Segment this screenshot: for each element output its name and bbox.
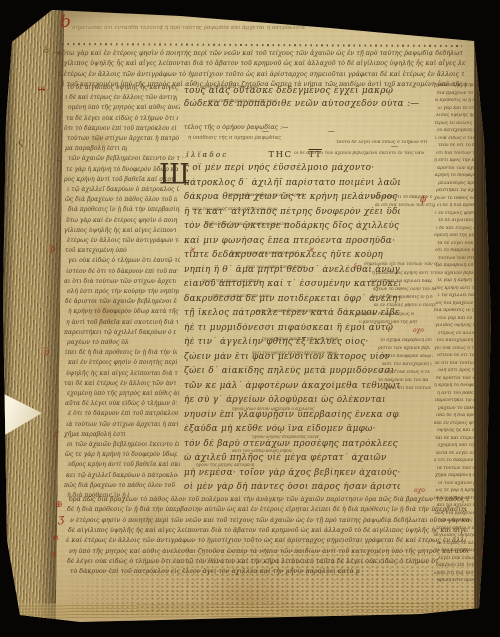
manuscript-page: ϊλϊαδοcΤΗCΤΤ Ш σημείωσαι ὅτι ἐνταῦθα τελ… xyxy=(0,0,500,637)
interlinear-gloss: ἤγουν θερμὰ δάκρυα χέων ὡς κρήνη xyxy=(262,337,354,343)
rubric-asterisk: ж xyxy=(52,534,59,542)
scholia-line: τῶν ἀχαιῶν βεβλημένοι ἔκειντο ἐν ταῖς να… xyxy=(68,155,180,163)
scholia-line: ι δὲ καὶ ἑτέρως ἐν ἄλλοις τῶν ἀντιγράφων… xyxy=(436,226,476,232)
scholia-line: ἡ ὑπόθεσις τῆς π ὁμήρου ῥαψῳδίας xyxy=(188,135,338,142)
scholia-line: οἱ δὲ ἄριστοι τῶν ἀχαιῶν βεβλημένοι ἔκει… xyxy=(294,151,424,157)
scholia-line: ὰ πρόθεσις ἵν ᾖ διὰ τὴν ὑπερβασίην αὐτῶν… xyxy=(435,98,475,104)
scholia-line: χῆμα παραβολή ἐστι πρὸς τὴν κούρην τὴν ν… xyxy=(435,473,475,479)
interlinear-gloss: ἤγουν τῆς μητρὸς ἁπτομένη xyxy=(202,279,326,285)
interlinear-gloss: ἀντὶ τοῦ ὥσπερ κούρη νηπία xyxy=(232,449,336,455)
ink-dash-2: — xyxy=(328,128,335,135)
interlinear-gloss: ἤγουν ἰδὼν αὐτὸν ᾤκτειρεν ὁ ἀχιλλεύς xyxy=(206,222,374,228)
scholia-line: δὲ ἄριστοι τῶν ἀχαιῶν βεβλημένοι ἔκειντο… xyxy=(436,376,476,382)
rubric-reference-2: οχο xyxy=(414,488,425,494)
scholia-line: αῦτα δὲ λέγει οὐκ εἰδὼς ὁ τλήμων ὅτι ἑαυ… xyxy=(436,451,476,457)
scholia-line: ιὰ τούτων τῶν στίχων ἄρχεται ἡ πατρόκλει… xyxy=(437,466,477,472)
rubric-squiggle: ʒ xyxy=(58,513,64,524)
scholia-line: ομένη ὑπὸ τῆς μητρὸς καὶ αὖθις ἀνελέσθαι… xyxy=(68,104,180,112)
scholia-line: ἡ μελάνυδρος κρήνη ἀντὶ τοῦ βαθεῖα καὶ σ… xyxy=(372,271,434,277)
scholia-line: ἡ κρήνη τὸ δνοφερὸν ὕδωρ κατὰ τῆς πέτρης… xyxy=(68,308,180,316)
scholia-line: ὑψηλῆς ἧς καὶ αἶγες λείπονται διὰ τὸ ἄβα… xyxy=(66,370,178,378)
scholia-line: αβολή ἐστι πρὸς τὴν κούρην τὴν νηπίην τὴ… xyxy=(437,578,477,584)
scholia-line: ομένη ὑπὸ τῆς μητρὸς καὶ αὖθις ἀνελέσθαι… xyxy=(434,233,474,239)
heading-title-small: ϊλϊαδοc xyxy=(186,151,228,159)
scholia-line: ὑψηλῆς ἧς καὶ αἶγες λείπονται διὰ τὸ ἄβα… xyxy=(437,428,477,434)
ink-dash-3: — xyxy=(391,143,398,150)
scholia-line: ει δὲ ἡ διὰ πρόθεσις ἵν ᾖ διὰ τὴν ὑπερβα… xyxy=(437,203,477,209)
scholia-line: η ἀντὶ τοῦ βαθεῖα καὶ σκοτεινὴ διὰ τὸ ὕψ… xyxy=(437,391,477,397)
scholia-line: ταῦτα δὲ λέγει οὐκ εἰδὼς ὁ τλήμων ὅτι ἑα… xyxy=(336,140,428,146)
scholia-line: ἰστέον δὲ ὅτι τὸ δάκρυον ἐπὶ τοῦ πατρόκλ… xyxy=(66,268,178,276)
ink-dash-1: — xyxy=(262,128,269,135)
scholia-line: ρος κρήνη ἀντὶ τοῦ βαθεῖα καὶ σκοτεινὴ δ… xyxy=(64,176,176,184)
scholia-line: ι τῷ ἀχιλλεῖ δακρύων ὁ πάτροκλος ὑπὲρ τῶ… xyxy=(438,293,478,299)
scholia-line: εχομένη ὑπὸ τῆς μητρὸς καὶ αὖθις ἀνελέσθ… xyxy=(438,443,478,449)
scholia-line: ἄριστοι τῶν ἀχαιῶν βεβλημένοι ἔκειντο ἐν… xyxy=(437,166,477,172)
scholia-line: δάκρυον ἐπὶ τοῦ πατρόκλου εἰς ἔλεον ἄγει… xyxy=(436,563,476,569)
scholia-line: ὅρα πῶς διὰ βραχέων τὸ πάθος ὅλον τοῦ πο… xyxy=(69,496,469,505)
rubric-triple-stroke: ιιι xyxy=(38,86,45,93)
scholia-line: οι τῶν ἀχαιῶν βεβλημένοι ἔκειντο ἐν ταῖς… xyxy=(67,441,179,449)
scholia-line: δὲ ἡ διὰ πρόθεσις ἵν ᾖ διὰ τὴν ὑπερβασίη… xyxy=(67,506,467,515)
scholia-line: ρος κρήνη ἀντὶ τοῦ βαθεῖα καὶ σκοτεινὴ δ… xyxy=(435,286,475,292)
scholia-line: ὲ ὅτι τὸ δάκρυον ἐπὶ τοῦ πατρόκλου εἰς ἔ… xyxy=(434,458,474,464)
verse-line: ς οἳ μὲν περὶ νηὸς ἐϋσσέλμοιο μάχοντο· xyxy=(184,163,400,175)
rubric-breathing-mark: ´´ xyxy=(181,158,187,164)
scholia-line: ἡ κρήνη τὸ δνοφερὸν ὕδωρ κατὰ τῆς πέτρης… xyxy=(434,383,474,389)
brown-omicron-mark: ὂ xyxy=(44,47,49,55)
interlinear-gloss: ἀντὶ τοῦ ἐμάχοντο περὶ τῆς νεώς xyxy=(208,99,318,105)
scholia-line: τῶν ἀχαιῶν βεβλημένοι ἔκειντο ἐν ταῖς να… xyxy=(434,271,474,277)
scholia-line: ἰγίλιπος ὑψηλῆς ἧς καὶ αἶγες λείπονται δ… xyxy=(61,59,466,68)
rubric-reference-1: οχο xyxy=(413,328,424,334)
rubric-hook: þ xyxy=(50,246,56,255)
scholia-line: ήνη τὸ δνοφερὸν ὕδωρ κατὰ τῆς πέτρης χέε… xyxy=(381,354,433,360)
interlinear-gloss: ἤγουν τῷ ποιμένι τῶν λαῶν xyxy=(212,294,344,300)
scholia-line: ή ἐστι πρὸς τὴν κούρην τὴν νηπίην τὴν ἁπ… xyxy=(434,158,474,164)
scholia-line: ὲ ὅτι τὸ δάκρυον ἐπὶ τοῦ πατρόκλου εἰς ἔ… xyxy=(68,410,180,418)
ink-paragraphos: ⌐ xyxy=(56,158,62,165)
scholia-line: μελάνυδρος κρήνη ἀντὶ τοῦ βαθεῖα καὶ σκο… xyxy=(438,181,478,187)
scholia-line: πῶς διὰ βραχέων τὸ πάθος ὅλον τοῦ πολέμο… xyxy=(64,482,176,490)
dotted-rule xyxy=(62,43,462,47)
verse-line: οἱ μὲν γὰρ δὴ πάντες ὅσοι πάρος ἦσαν ἄρι… xyxy=(184,482,400,494)
scholia-line: τὸ δὲ αἰγίλιπος ὑψηλῆς ἧς καὶ αἶγες λείπ… xyxy=(67,84,179,92)
scholia-line: ι οὐκ εἰδὼς ὁ τλήμων ὅτι ἑαυτῷ τὸν θάνατ… xyxy=(435,136,475,142)
scholia-line: αρειστήκει τῷ ἀχιλλεῖ δακρύων ὁ πάτροκλο… xyxy=(370,279,432,285)
scholia-line: παρειστήκει τῷ ἀχιλλεῖ δακρύων ὁ πάτροκλ… xyxy=(435,398,475,404)
interlinear-gloss: ἤγουν λόγους πτερόεντας ἔλεγε xyxy=(252,435,374,441)
interlinear-gloss: ἀντὶ τοῦ ὑψηλῆς πέτρης σκοτεινὸν ὕδωρ xyxy=(252,351,356,357)
scholia-line: τὸ δάκρυον ἐπὶ τοῦ πατρόκλου εἰς ἔλεον ἄ… xyxy=(70,568,360,577)
scholia-line: ἤγουν παρειστήκει τῷ ἀχιλλεῖ δακρύων ὁ π… xyxy=(434,83,474,89)
verse-line: ἦε σύ γ᾽ ἀργείων ὀλοφύρεαι ὡς ὀλέκονται xyxy=(184,395,400,407)
scholia-line: αι ὅτι διὰ τούτων τῶν στίχων ἄρχεται ἡ π… xyxy=(64,278,176,286)
scholia-line: αὶ ἐν ἑτέροις φησὶν ὁ ποιητὴς περὶ τῶν ν… xyxy=(374,303,436,309)
scholia-line: δὲ αἰγίλιπος ὑψηλῆς ἧς καὶ αἶγες λείποντ… xyxy=(68,527,468,536)
scholia-line: διὰ πρόθεσις ἵν ᾖ διὰ τὴν ὑπερβασίην αὐτ… xyxy=(434,308,474,314)
verse-line: μὴ νεμέσα· τοῖον γὰρ ἄχος βεβίηκεν ἀχαιο… xyxy=(184,468,400,480)
scholia-line: αι ὅτι διὰ τούτων τῶν στίχων ἄρχεται ἡ π… xyxy=(435,361,475,367)
ink-layer: ϊλϊαδοcΤΗCΤΤ Ш σημείωσαι ὅτι ἐνταῦθα τελ… xyxy=(0,0,500,637)
rubric-stigma: ϛ xyxy=(54,431,59,440)
rubric-edge-dot: θ xyxy=(481,551,485,558)
interlinear-gloss: ἤγουν θερμὰ δάκρυα χέων ὡς κρήνη xyxy=(228,193,366,199)
rubric-phi-sign: ϕ xyxy=(420,196,426,205)
scholia-line: τέρως ἐν ἄλλοις τῶν ἀντιγράφων τὸ ἡμιστί… xyxy=(434,121,474,127)
scholia-line: τούτων τῶν στίχων ἄρχεται ἡ πατρόκλεια κ… xyxy=(67,135,179,143)
scholia-line: γράφεται δὲ καὶ ἑτέρως ἐν ἄλλοις τῶν ἀντ… xyxy=(356,312,414,318)
scholia-line: ἰστέον δὲ ὅτι τὸ δάκρυον ἐπὶ τοῦ πατρόκλ… xyxy=(437,353,477,359)
scholia-line: γίλιπος ὑψηλῆς ἧς καὶ αἶγες λείπονται δι… xyxy=(435,323,475,329)
rubric-epsilon-dash: ε– xyxy=(354,263,360,269)
scholia-line: ὥς τε γὰρ ἡ κρήνη τὸ δνοφερὸν ὕδωρ κατὰ … xyxy=(65,451,177,459)
rubric-kai-line7-left: ϰ xyxy=(190,246,195,254)
scholia-line: ολή ἐστι πρὸς τὴν κούρην τὴν νηπίην τὴν … xyxy=(67,288,179,296)
scholia-line: ἀντὶ τοῦ κατεχομένη ὑπὸ τῆς μητρὸς καὶ α… xyxy=(382,362,432,368)
scholia-line: γίλιπος ὑψηλῆς ἧς καὶ αἶγες λείπονται δι… xyxy=(64,227,176,235)
verse-line: ζώει δ᾽ αἰακίδης πηλεὺς μετὰ μυρμιδόνεσσ… xyxy=(184,366,400,378)
scholia-line: διὰ πρόθεσις ἵν ᾖ διὰ τὴν ὑπερβασίην αὐτ… xyxy=(68,206,180,214)
scholia-line: παρειστήκει τῷ ἀχιλλεῖ δακρύων ὁ πάτροκλ… xyxy=(64,329,176,337)
scholia-line: τε γὰρ ἡ κρήνη τὸ δνοφερὸν ὕδωρ κατὰ τῆς… xyxy=(66,166,178,174)
scholia-line: ιὰ τούτων τῶν στίχων ἄρχεται ἡ πατρόκλει… xyxy=(66,421,178,429)
scholia-line: ἑτέρως ἐν ἄλλοις τῶν ἀντιγράφων τὸ ἡμιστ… xyxy=(438,331,478,337)
quire-signature: ς xyxy=(18,138,24,148)
scholia-line: ραχέων τὸ πάθος ὅλον τοῦ πολέμου καὶ τὴν… xyxy=(438,406,478,412)
scholia-line: ω γὰρ καὶ ἐν ἑτέροις φησὶν ὁ ποιητὴς περ… xyxy=(438,106,478,112)
rubric-rho: ῥ xyxy=(44,349,49,358)
scholia-line: γει οὐκ εἰδὼς ὁ τλήμων ὅτι ἑαυτῷ τὸν θάν… xyxy=(434,346,474,352)
scholia-line: αχέων τὸ πάθος ὅλον τοῦ πολέμου καὶ τὴν … xyxy=(373,287,435,293)
scholia-line: αῦτα δὲ λέγει οὐκ εἰδὼς ὁ τλήμων ὅτι ἑαυ… xyxy=(65,400,177,408)
scholia-line: μα παραβολή ἐστι πρὸς τὴν κούρην τὴν νηπ… xyxy=(436,263,476,269)
scholia-line: σημείωσαι ὅτι διὰ τούτων τῶν στίχων ἄρχε… xyxy=(364,262,438,268)
scholia-line: ὶ ἐν ἑτέροις φησὶν ὁ ποιητὴς περὶ τῶν νε… xyxy=(435,211,475,217)
scholia-line: εχομένη ὑπὸ τῆς μητρὸς καὶ αὖθις ἀνελέσθ… xyxy=(67,390,179,398)
scholia-line: διὰ βραχέων τὸ πάθος ὅλον τοῦ πολέμου κα… xyxy=(437,91,477,97)
scholia-line: οῦ κατεχομένη ὑπὸ τῆς μητρὸς καὶ αὖθις ἀ… xyxy=(437,128,477,134)
scholia-line: ι τῷ ἀχιλλεῖ δακρύων ὁ πάτροκλος ὑπὲρ τῶ… xyxy=(67,186,179,194)
scholia-line: ραχέων τὸ πάθος ὅλον τοῦ πολέμου καὶ τὴν… xyxy=(67,339,129,347)
manuscript-photo: ϊλϊαδοcΤΗCΤΤ Ш σημείωσαι ὅτι ἐνταῦθα τελ… xyxy=(0,0,500,637)
scholia-line: τοῦ κατεχομένη ὑπὸ τῆς μητρὸς καὶ αὖθις … xyxy=(65,247,127,255)
scholia-line: υδρος κρήνη ἀντὶ τοῦ βαθεῖα καὶ σκοτεινὴ… xyxy=(68,461,180,469)
scholia-line: ι δὲ καὶ ἑτέρως ἐν ἄλλοις τῶν ἀντιγράφων… xyxy=(65,94,177,102)
scholia-line: τέλος τῆς ο ὁμήρου ῥαψῳδίας :— xyxy=(184,124,414,133)
scholia-line: ται δὲ καὶ ἑτέρως ἐν ἄλλοις τῶν ἀντιγράφ… xyxy=(435,436,475,442)
scholia-line: λιπος ὑψηλῆς ἧς καὶ αἶγες λείπονται διὰ … xyxy=(436,113,476,119)
verse-line: πάτροκλος δ᾽ ἀχιλῆϊ παρίστατο ποιμένι λα… xyxy=(184,178,400,190)
interlinear-gloss: ἤγουν ἰδὼν αὐτὸν ᾤκτειρεν ὁ ἀχιλλεύς xyxy=(232,407,374,413)
scholia-line: ἑτέρως ἐν ἄλλοις τῶν ἀντιγράφων τὸ ἡμιστ… xyxy=(67,237,179,245)
ink-squiggle-mark: ~ xyxy=(54,50,60,57)
interlinear-gloss: ἀντὶ τοῦ ὥσπερ κούρη νηπία xyxy=(246,265,358,271)
scholia-line: ὲ καὶ ἑτέρως ἐν ἄλλοις τῶν ἀντιγράφων τὸ… xyxy=(66,537,466,546)
scholia-line: καὶ ἐν ἑτέροις φησὶν ὁ ποιητὴς περὶ τῶν … xyxy=(434,421,474,427)
rubric-kai-sign: ϰ xyxy=(51,551,57,560)
rubric-kai-line7-right: ϰ xyxy=(309,246,314,254)
verse-line: τῶν κε μάλ᾽ ἀμφοτέρων ἀκαχοίμεθα τεθνηώτ… xyxy=(184,381,400,393)
scholia-line: δὲ λέγει οὐκ εἰδὼς ὁ τλήμων ὅτι ἑαυτῷ τὸ… xyxy=(67,558,439,567)
scholia-line: κει τῷ ἀχιλλεῖ δακρύων ὁ πάτροκλος ὑπὲρ … xyxy=(66,472,178,480)
scholia-line: μα παραβολή ἐστι πρὸς τὴν κούρην τὴν νηπ… xyxy=(65,145,127,153)
scholia-line: τούτων τῶν στίχων ἄρχεται ἡ πατρόκλεια κ… xyxy=(438,256,478,262)
scholia-line: ωσαι ὅτι διὰ τούτων τῶν στίχων ἄρχεται ἡ… xyxy=(434,571,474,577)
scholia-line: νη ὑπὸ τῆς μητρὸς καὶ αὖθις ἀνελέσθαι ζη… xyxy=(69,548,469,557)
scholia-line: ρειστήκει τῷ ἀχιλλεῖ δακρύων ὁ πάτροκλος… xyxy=(436,188,476,194)
scholia-line: ὅτι τὸ δάκρυον ἐπὶ τοῦ πατρόκλου εἰς ἔλε… xyxy=(64,125,176,133)
scholia-line: ὕτω γὰρ καὶ ἐν ἑτέροις φησὶν ὁ ποιητὴς π… xyxy=(437,316,477,322)
scholia-line: οὕτω γὰρ καὶ ἐν ἑτέροις φησὶν ὁ ποιητὴς … xyxy=(58,49,463,58)
scholia-line: ῶς διὰ βραχέων τὸ πάθος ὅλον τοῦ πολέμου… xyxy=(65,196,177,204)
scholia-line: ῦ κατεχομένη ὑπὸ τῆς μητρὸς καὶ αὖθις ἀν… xyxy=(359,320,417,326)
scholia-line: χῆμα παραβολή ἐστι πρὸς τὴν κούρην τὴν ν… xyxy=(64,431,126,439)
scholia-line: τέον δὲ ὅτι τὸ δάκρυον ἐπὶ τοῦ πατρόκλου… xyxy=(438,143,478,149)
scholia-line: ολή ἐστι πρὸς τὴν κούρην τὴν νηπίην τὴν … xyxy=(438,368,478,374)
scholia-line: τὸ σχῆμα παραβολή ἐστι πρὸς τὴν κούρην τ… xyxy=(380,338,432,344)
scholia-line: τὸ δάκρυον ἐπὶ τοῦ πατρόκλου εἰς ἔλεον ἄ… xyxy=(378,378,428,384)
scholia-line: καὶ ἐν ἑτέροις φησὶν ὁ ποιητὴς περὶ τῶν … xyxy=(68,359,180,367)
scholia-line: τὸ δὲ αἰγίλιπος ὑψηλῆς ἧς καὶ αἶγες λείπ… xyxy=(438,218,478,224)
rubric-circled-cross: ⊕ xyxy=(55,501,63,510)
scholia-line: γει οὐκ εἰδὼς ὁ τλήμων ὅτι ἑαυτῷ τὸν θάν… xyxy=(68,257,180,265)
scholia-line: τοῦ κατεχομένη ὑπὸ τῆς μητρὸς καὶ αὖθις … xyxy=(436,338,476,344)
scholia-line: πει δὲ ἡ διὰ πρόθεσις ἵν ᾖ διὰ τὴν ὑπερβ… xyxy=(371,295,433,301)
scholia-line: ται δὲ καὶ ἑτέρως ἐν ἄλλοις τῶν ἀντιγράφ… xyxy=(64,380,176,388)
interlinear-gloss: ἤγουν τῷ ποιμένι τῶν λαῶν xyxy=(200,85,350,91)
scholia-line: οι τῶν ἀχαιῶν βεβλημένοι ἔκειντο ἐν ταῖς… xyxy=(438,481,478,487)
scholia-line: τα δὲ λέγει οὐκ εἰδὼς ὁ τλήμων ὅτι ἑαυτῷ… xyxy=(66,115,178,123)
scholia-line: ν ἑτέροις φησὶν ὁ ποιητὴς περὶ τῶν νεῶν … xyxy=(70,517,470,526)
scholia-line: ριστοι τῶν ἀχαιῶν βεβλημένοι ἔκειντο ἐν … xyxy=(378,346,430,352)
rubric-dash-dot: –· xyxy=(46,568,52,575)
scholia-line: λέγει οὐκ εἰδὼς ὁ τλήμων ὅτι ἑαυτῷ τὸν θ… xyxy=(438,556,478,562)
rubric-b-mark: b xyxy=(60,14,71,31)
scholia-line: τε γὰρ ἡ κρήνη τὸ δνοφερὸν ὕδωρ κατὰ τῆς… xyxy=(437,278,477,284)
heading-article: ΤΗC xyxy=(268,150,292,160)
scholia-line: σημείωσαι ὅτι ἐνταῦθα τελευτᾷ ἡ πρὸ ταύτ… xyxy=(72,25,372,33)
scholia-line: η ἀντὶ τοῦ βαθεῖα καὶ σκοτεινὴ διὰ τὸ ὕψ… xyxy=(66,319,178,327)
scholia-line: ίπει δὲ ἡ διὰ πρόθεσις ἵν ᾖ διὰ τὴν ὑπερ… xyxy=(65,349,177,357)
scholia-line: ὶ ἑτέρως ἐν ἄλλοις τῶν ἀντιγράφων τὸ ἡμι… xyxy=(59,70,464,79)
scholia-line: δὲ ἄριστοι τῶν ἀχαιῶν βεβλημένοι ἔκειντο… xyxy=(65,298,177,306)
scholia-line: χέων τὸ πάθος ὅλον τοῦ πολέμου καὶ τὴν ἀ… xyxy=(434,196,474,202)
scholia-line: ῶς διὰ βραχέων τὸ πάθος ὅλον τοῦ πολέμου… xyxy=(436,301,476,307)
scholia-line: κρήνη τὸ δνοφερὸν ὕδωρ κατὰ τῆς πέτρης χ… xyxy=(435,173,475,179)
interlinear-gloss: ἀντὶ τοῦ ὑψηλῆς πέτρης σκοτεινὸν ὕδωρ xyxy=(192,207,388,213)
scholia-line: ὕτω γὰρ καὶ ἐν ἑτέροις φησὶν ὁ ποιητὴς π… xyxy=(66,217,178,225)
scholia-line: ὅτι διὰ τούτων τῶν στίχων ἄρχεται ἡ πατρ… xyxy=(436,151,476,157)
interlinear-gloss: ἤγουν τῆς μητρὸς ἁπτομένη xyxy=(196,463,346,469)
scholia-line: ὥς τε γὰρ ἡ κρήνη τὸ δνοφερὸν ὕδωρ κατὰ … xyxy=(436,488,476,494)
scholia-line: τα δὲ λέγει οὐκ εἰδὼς ὁ τλήμων ὅτι ἑαυτῷ… xyxy=(437,241,477,247)
scholia-line: ίπει δὲ ἡ διὰ πρόθεσις ἵν ᾖ διὰ τὴν ὑπερ… xyxy=(436,413,476,419)
scholia-line: είωσαι ὅτι διὰ τούτων τῶν στίχων ἄρχεται… xyxy=(381,386,431,392)
interlinear-gloss: ἀντὶ τοῦ ἐμάχοντο περὶ τῆς νεώς xyxy=(256,309,356,315)
verse-line: καί μιν φωνήσας ἔπεα πτερόεντα προσηύδα· xyxy=(184,236,400,248)
scholia-line: ὲ λέγει οὐκ εἰδὼς ὁ τλήμων ὅτι ἑαυτῷ τὸν… xyxy=(380,370,430,376)
scholia-line: ὅτι τὸ δάκρυον ἐπὶ τοῦ πατρόκλου εἰς ἔλε… xyxy=(435,248,475,254)
